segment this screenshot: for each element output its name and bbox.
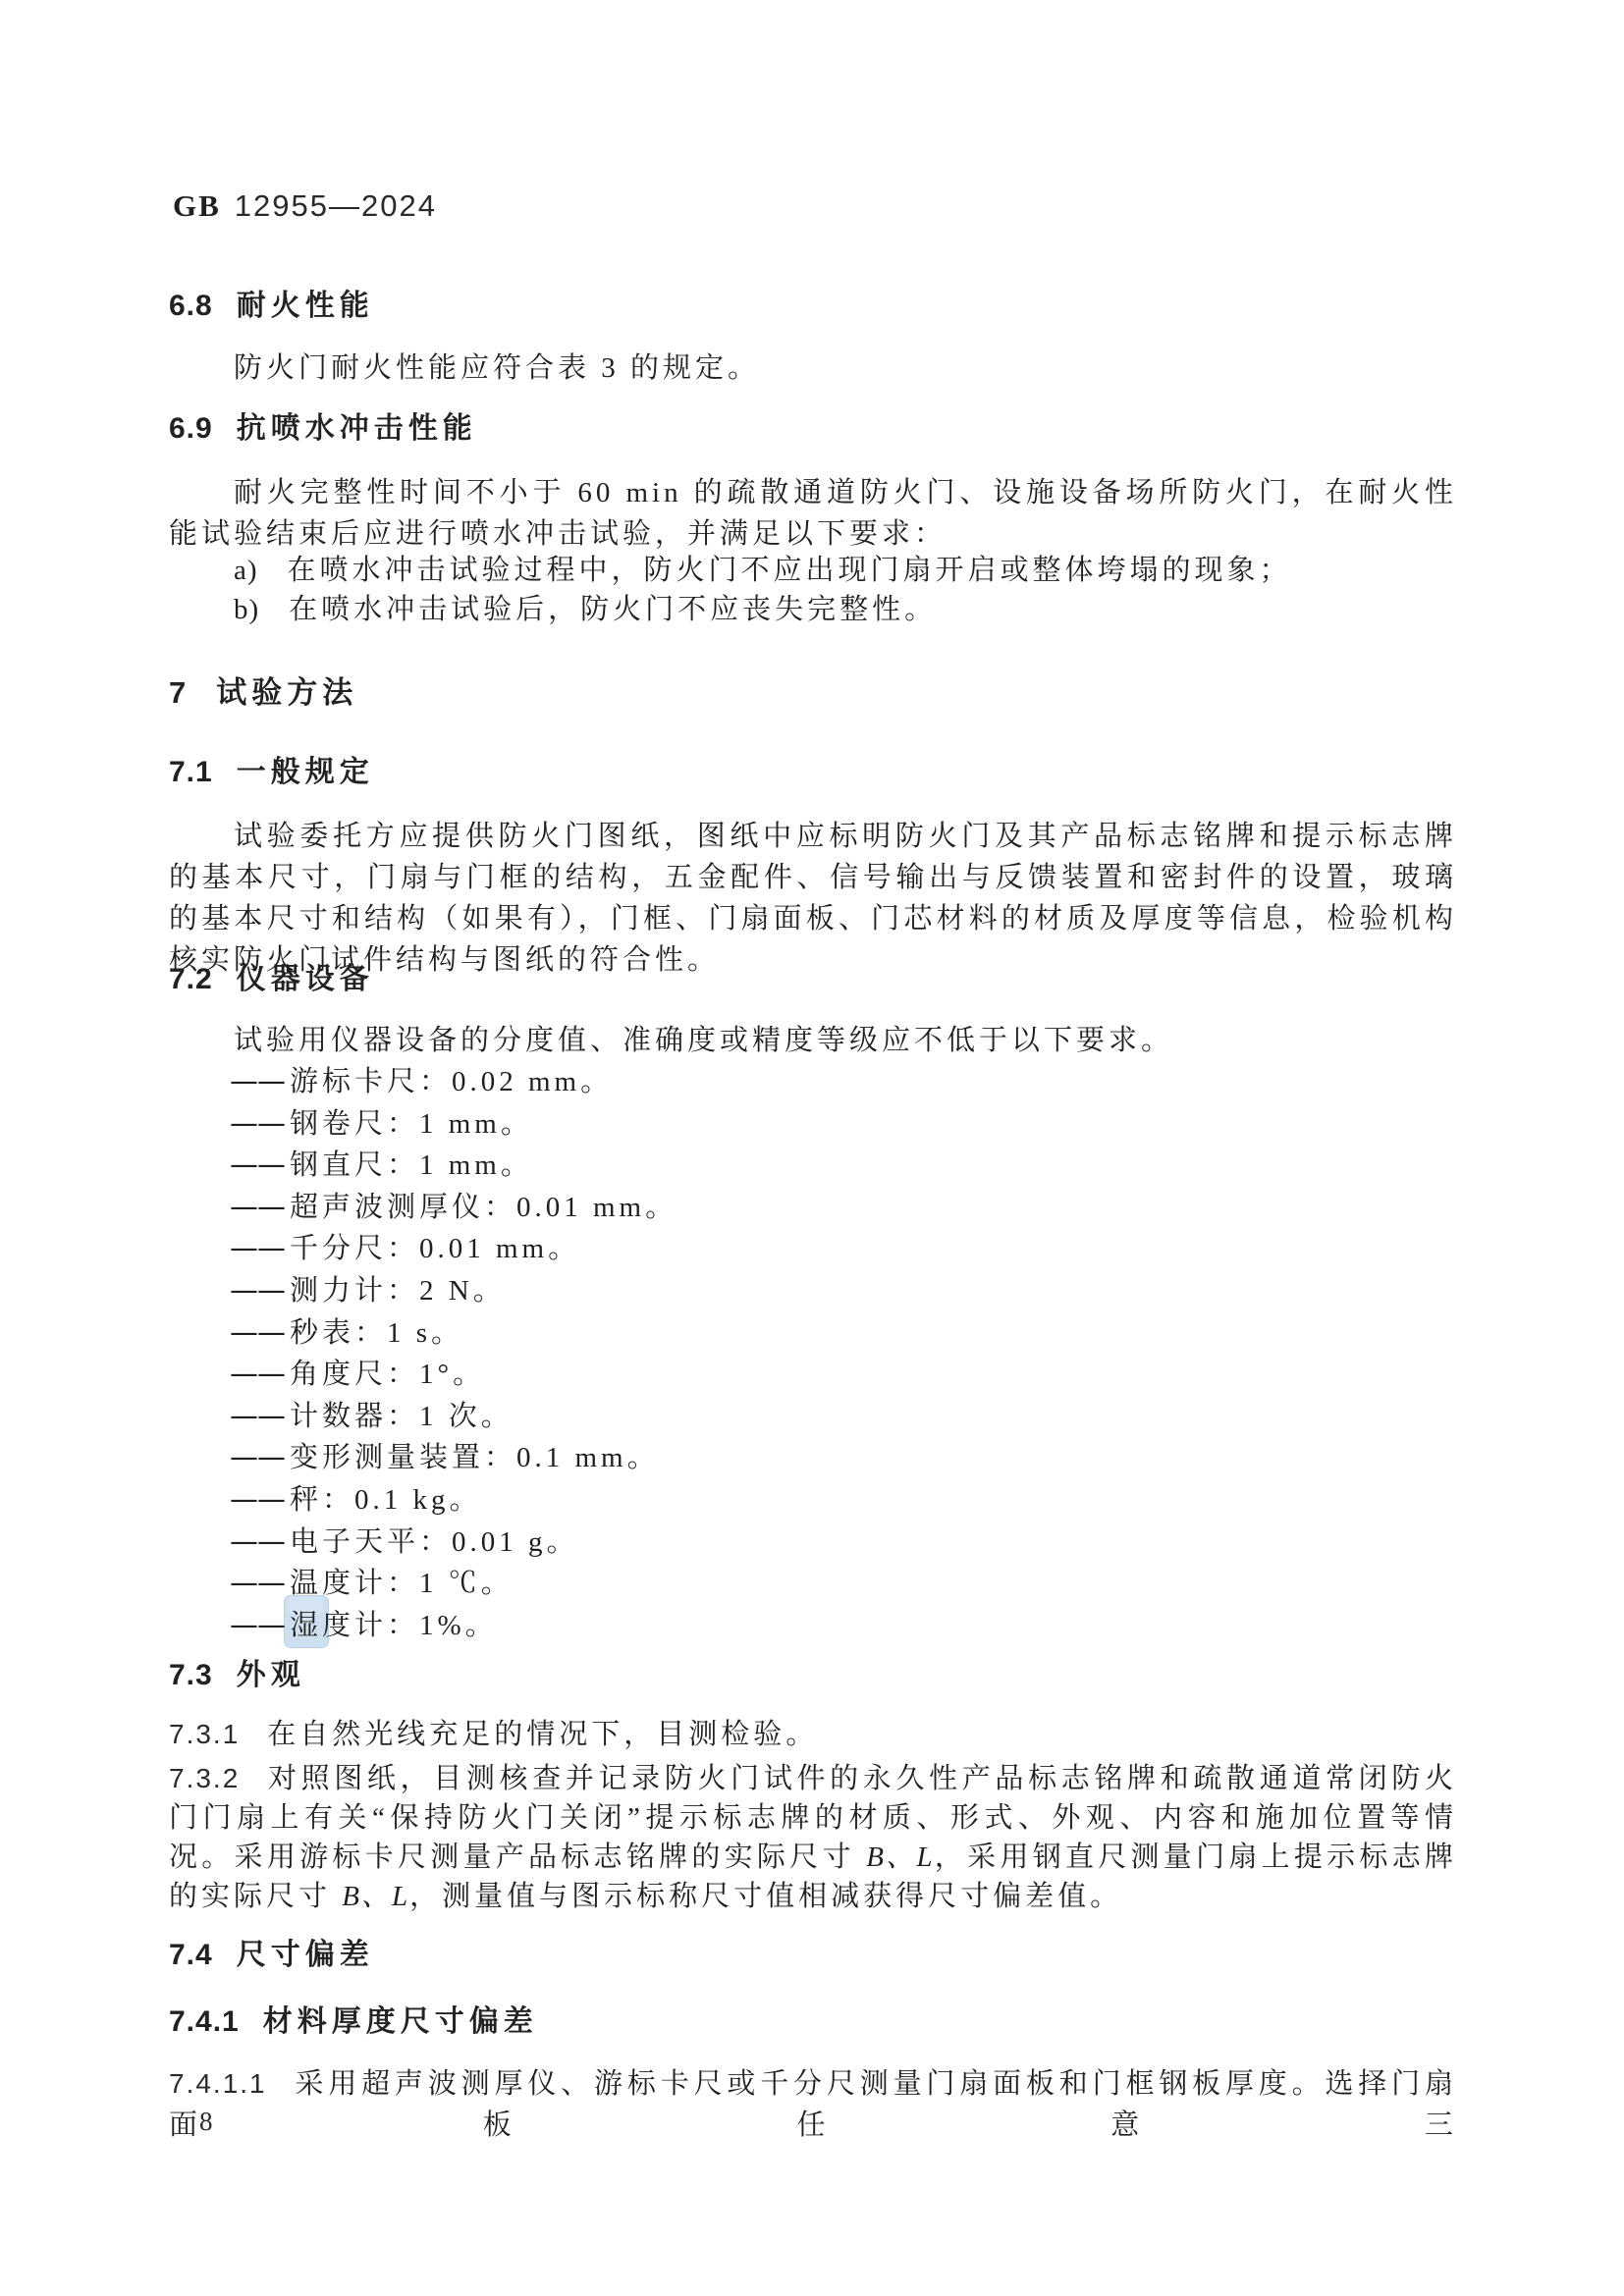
equipment-item: ——变形测量装置：0.1 mm。 bbox=[169, 1437, 1457, 1479]
standard-code-header: GB12955—2024 bbox=[173, 188, 437, 224]
selection-highlight-char: 湿 bbox=[290, 1610, 322, 1641]
equipment-item: ——游标卡尺：0.02 mm。 bbox=[169, 1061, 1457, 1103]
equipment-item: ——千分尺：0.01 mm。 bbox=[169, 1228, 1457, 1270]
equipment-item-text: 钢直尺：1 mm。 bbox=[290, 1149, 533, 1181]
em-dash: —— bbox=[230, 1608, 285, 1641]
equipment-item-text: 电子天平：0.01 g。 bbox=[290, 1526, 579, 1558]
equipment-item: ——电子天平：0.01 g。 bbox=[169, 1522, 1457, 1564]
section-number: 6.8 bbox=[169, 290, 213, 322]
equipment-item: ——超声波测厚仪：0.01 mm。 bbox=[169, 1187, 1457, 1229]
equipment-list: ——游标卡尺：0.02 mm。 ——钢卷尺：1 mm。 ——钢直尺：1 mm。 … bbox=[169, 1061, 1457, 1646]
em-dash: —— bbox=[230, 1106, 285, 1140]
section-7-4-heading: 7.4尺寸偏差 bbox=[169, 1935, 374, 1976]
list-item-a: a)在喷水冲击试验过程中，防火门不应出现门扇开启或整体垮塌的现象； bbox=[169, 550, 1292, 591]
equipment-item: ——计数器：1 次。 bbox=[169, 1396, 1457, 1438]
equipment-item: ——测力计：2 N。 bbox=[169, 1270, 1457, 1312]
variable-BL: B、L bbox=[866, 1842, 934, 1873]
clause-7-3-1: 7.3.1在自然光线充足的情况下，目测检验。 bbox=[169, 1714, 1457, 1755]
section-number: 7.4.1 bbox=[169, 2005, 240, 2038]
list-text: 在喷水冲击试验后，防火门不应丧失完整性。 bbox=[289, 594, 937, 625]
equipment-item-text: 秒表：1 s。 bbox=[290, 1317, 463, 1349]
paragraph-6-9: 耐火完整性时间不小于 60 min 的疏散通道防火门、设施设备场所防火门，在耐火… bbox=[169, 472, 1457, 555]
paragraph-7-2: 试验用仪器设备的分度值、准确度或精度等级应不低于以下要求。 bbox=[169, 1020, 1173, 1061]
section-title: 抗喷水冲击性能 bbox=[237, 412, 477, 445]
equipment-item: ——钢卷尺：1 mm。 bbox=[169, 1103, 1457, 1146]
equipment-item: ——角度尺：1°。 bbox=[169, 1354, 1457, 1396]
clause-text: 采用超声波测厚仪、游标卡尺或千分尺测量门扇面板和门框钢板厚度。选择门扇面板任意三 bbox=[169, 2068, 1457, 2141]
clause-text: ，测量值与图示标称尺寸值相减获得尺寸偏差值。 bbox=[409, 1881, 1122, 1912]
equipment-item-text: 钢卷尺：1 mm。 bbox=[290, 1108, 533, 1140]
section-number: 7.1 bbox=[169, 756, 213, 788]
section-title: 一般规定 bbox=[237, 756, 374, 788]
section-title: 试验方法 bbox=[216, 675, 357, 710]
paragraph-7-1: 试验委托方应提供防火门图纸，图纸中应标明防火门及其产品标志铭牌和提示标志牌的基本… bbox=[169, 816, 1457, 981]
clause-7-4-1-1: 7.4.1.1采用超声波测厚仪、游标卡尺或千分尺测量门扇面板和门框钢板厚度。选择… bbox=[169, 2063, 1457, 2146]
em-dash: —— bbox=[230, 1064, 285, 1097]
equipment-item-text: 角度尺：1°。 bbox=[290, 1359, 485, 1390]
equipment-item: ——秒表：1 s。 bbox=[169, 1312, 1457, 1355]
section-7-4-1-heading: 7.4.1材料厚度尺寸偏差 bbox=[169, 2002, 538, 2043]
list-label: b) bbox=[234, 594, 259, 625]
equipment-item-humidity: ——湿度计：1%。 bbox=[169, 1605, 1457, 1647]
section-7-heading: 7试验方法 bbox=[169, 672, 357, 714]
variable-BL: B、L bbox=[342, 1881, 409, 1912]
em-dash: —— bbox=[230, 1273, 285, 1307]
page-number: 8 bbox=[199, 2107, 213, 2137]
document-page: GB12955—2024 6.8耐火性能 防火门耐火性能应符合表 3 的规定。 … bbox=[0, 0, 1624, 2296]
equipment-item: ——温度计：1 ℃。 bbox=[169, 1563, 1457, 1605]
section-number: 7.3 bbox=[169, 1659, 213, 1691]
equipment-item-text: 秤：0.1 kg。 bbox=[290, 1484, 482, 1516]
equipment-item-text: 游标卡尺：0.02 mm。 bbox=[290, 1066, 613, 1097]
section-7-3-heading: 7.3外观 bbox=[169, 1655, 305, 1696]
equipment-item-text: 千分尺：0.01 mm。 bbox=[290, 1233, 580, 1264]
equipment-item: ——钢直尺：1 mm。 bbox=[169, 1145, 1457, 1187]
section-number: 7.2 bbox=[169, 963, 213, 995]
clause-text: 在自然光线充足的情况下，目测检验。 bbox=[267, 1719, 818, 1750]
equipment-item-text: 测力计：2 N。 bbox=[290, 1275, 506, 1307]
section-7-2-heading: 7.2仪器设备 bbox=[169, 959, 374, 1000]
section-6-8-heading: 6.8耐火性能 bbox=[169, 286, 374, 327]
section-number: 6.9 bbox=[169, 412, 213, 445]
clause-number: 7.3.2 bbox=[169, 1763, 240, 1793]
equipment-item-text: 度计：1%。 bbox=[322, 1610, 498, 1641]
section-7-1-heading: 7.1一般规定 bbox=[169, 752, 374, 793]
section-title: 仪器设备 bbox=[237, 963, 374, 995]
equipment-item-text: 温度计：1 ℃。 bbox=[290, 1568, 514, 1599]
section-number: 7 bbox=[169, 675, 187, 710]
standard-code-prefix: GB bbox=[173, 188, 221, 223]
standard-code-number: 12955—2024 bbox=[235, 188, 437, 223]
em-dash: —— bbox=[230, 1357, 285, 1390]
em-dash: —— bbox=[230, 1190, 285, 1223]
list-label: a) bbox=[234, 555, 258, 586]
equipment-item: ——秤：0.1 kg。 bbox=[169, 1479, 1457, 1522]
section-title: 尺寸偏差 bbox=[237, 1939, 374, 1971]
em-dash: —— bbox=[230, 1524, 285, 1558]
section-title: 外观 bbox=[237, 1659, 305, 1691]
em-dash: —— bbox=[230, 1566, 285, 1599]
equipment-item-text: 超声波测厚仪：0.01 mm。 bbox=[290, 1192, 677, 1223]
equipment-item-text: 计数器：1 次。 bbox=[290, 1401, 514, 1432]
section-title: 耐火性能 bbox=[237, 290, 374, 322]
equipment-item-text: 变形测量装置：0.1 mm。 bbox=[290, 1442, 660, 1473]
section-6-9-heading: 6.9抗喷水冲击性能 bbox=[169, 408, 477, 450]
em-dash: —— bbox=[230, 1148, 285, 1181]
section-title: 材料厚度尺寸偏差 bbox=[263, 2005, 538, 2038]
clause-7-3-2: 7.3.2对照图纸，目测核查并记录防火门试件的永久性产品标志铭牌和疏散通道常闭防… bbox=[169, 1759, 1457, 1916]
em-dash: —— bbox=[230, 1231, 285, 1264]
paragraph-6-8: 防火门耐火性能应符合表 3 的规定。 bbox=[169, 347, 760, 389]
section-number: 7.4 bbox=[169, 1939, 213, 1971]
em-dash: —— bbox=[230, 1440, 285, 1473]
em-dash: —— bbox=[230, 1315, 285, 1349]
clause-number: 7.3.1 bbox=[169, 1719, 240, 1749]
list-text: 在喷水冲击试验过程中，防火门不应出现门扇开启或整体垮塌的现象； bbox=[288, 555, 1292, 586]
em-dash: —— bbox=[230, 1399, 285, 1432]
list-item-b: b)在喷水冲击试验后，防火门不应丧失完整性。 bbox=[169, 589, 937, 630]
clause-number: 7.4.1.1 bbox=[169, 2068, 267, 2099]
em-dash: —— bbox=[230, 1482, 285, 1516]
